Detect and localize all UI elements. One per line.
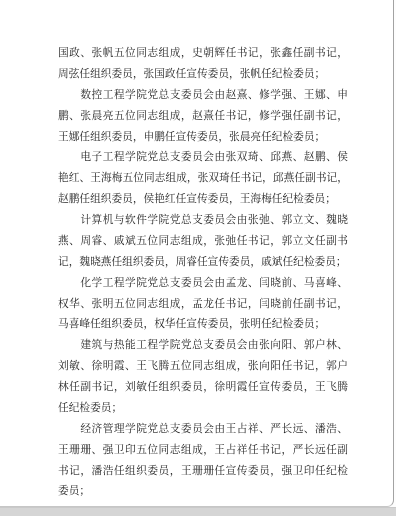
text-line: 任纪检委员； — [58, 398, 348, 419]
text-line: 艳红、王海梅五位同志组成，张双琦任书记，邱燕任副书记， — [58, 168, 348, 189]
text-line: 权华、张明五位同志组成，孟龙任书记，闫晓前任副书记， — [58, 294, 348, 315]
text-line: 化学工程学院党总支委员会由孟龙、闫晓前、马喜峰、 — [58, 273, 348, 294]
text-line: 林任副书记，刘敏任组织委员，徐明霞任宣传委员，王飞腾 — [58, 377, 348, 398]
text-line: 赵鹏任组织委员，侯艳红任宣传委员，王海梅任纪检委员； — [58, 189, 348, 210]
text-line: 电子工程学院党总支委员会由张双琦、邱燕、赵鹏、侯 — [58, 147, 348, 168]
text-line: 马喜峰任组织委员，权华任宣传委员，张明任纪检委员； — [58, 314, 348, 335]
document-body-text: 国政、张帆五位同志组成，史朝辉任书记，张鑫任副书记， 周弦任组织委员，张国政任宣… — [58, 43, 348, 502]
text-line: 委员； — [58, 481, 348, 502]
text-line: 数控工程学院党总支委员会由赵熹、修学强、王娜、申 — [58, 85, 348, 106]
text-line: 记，魏晓燕任组织委员，周睿任宣传委员，戚斌任纪检委员； — [58, 252, 348, 273]
text-line: 王娜任组织委员，申鹏任宣传委员，张晨亮任纪检委员； — [58, 127, 348, 148]
text-line: 建筑与热能工程学院党总支委员会由张向阳、郭户林、 — [58, 335, 348, 356]
text-line: 鹏、张晨亮五位同志组成，赵熹任书记，修学强任副书记， — [58, 106, 348, 127]
text-line: 书记，潘浩任组织委员，王珊珊任宣传委员，强卫印任纪检 — [58, 461, 348, 482]
text-line: 王珊珊、强卫印五位同志组成，王占祥任书记，严长远任副 — [58, 440, 348, 461]
document-viewer: 国政、张帆五位同志组成，史朝辉任书记，张鑫任副书记， 周弦任组织委员，张国政任宣… — [0, 0, 396, 516]
text-line: 经济管理学院党总支委员会由王占祥、严长远、潘浩、 — [58, 419, 348, 440]
text-line: 计算机与软件学院党总支委员会由张弛、郭立文、魏晓 — [58, 210, 348, 231]
text-line: 国政、张帆五位同志组成，史朝辉任书记，张鑫任副书记， — [58, 43, 348, 64]
text-line: 燕、周睿、戚斌五位同志组成，张弛任书记，郭立文任副书 — [58, 231, 348, 252]
document-page: 国政、张帆五位同志组成，史朝辉任书记，张鑫任副书记， 周弦任组织委员，张国政任宣… — [0, 0, 394, 507]
text-line: 刘敏、徐明霞、王飞腾五位同志组成，张向阳任书记，郭户 — [58, 356, 348, 377]
text-line: 周弦任组织委员，张国政任宣传委员，张帆任纪检委员； — [58, 64, 348, 85]
page-gap-background — [0, 507, 396, 516]
